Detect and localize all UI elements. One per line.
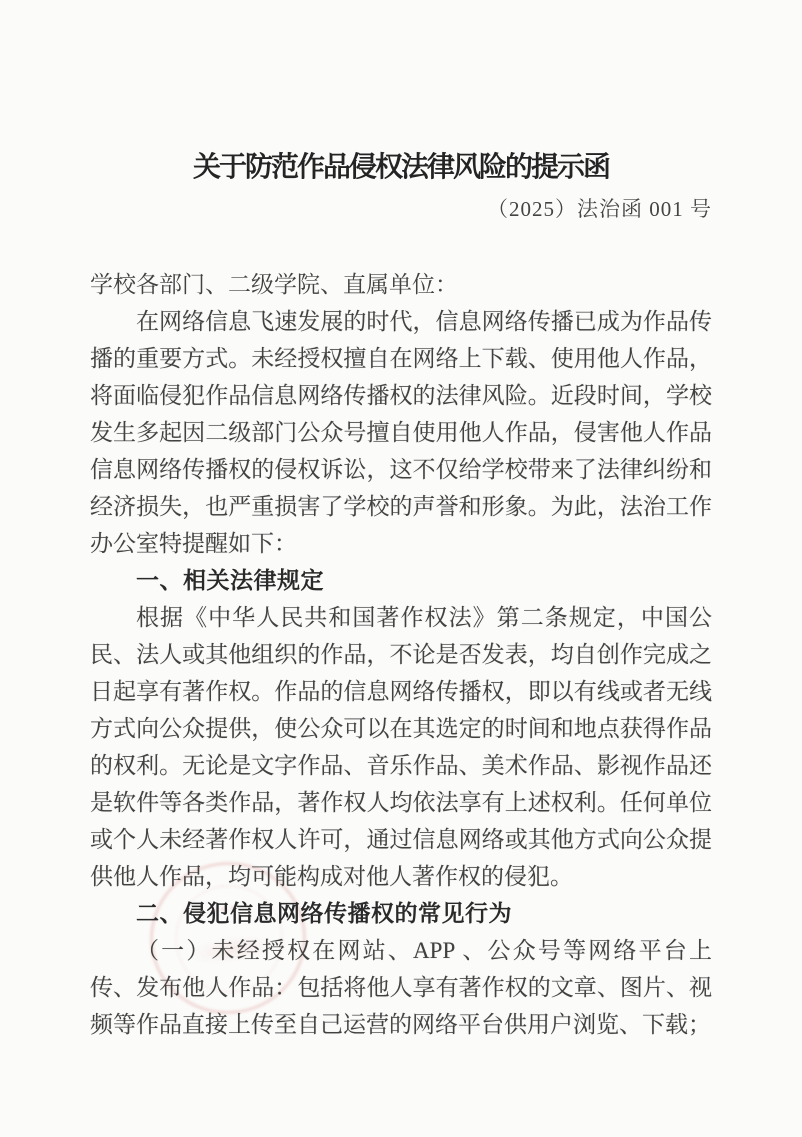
- document-number: （2025）法治函 001 号: [90, 192, 712, 226]
- section-heading-legal-provisions: 一、相关法律规定: [90, 562, 712, 599]
- document-content: 关于防范作品侵权法律风险的提示函 （2025）法治函 001 号 学校各部门、二…: [0, 0, 802, 1043]
- paragraph-infringement-item-1: （一）未经授权在网站、APP 、公众号等网络平台上传、发布他人作品：包括将他人享…: [90, 932, 712, 1043]
- paragraph-introduction: 在网络信息飞速发展的时代，信息网络传播已成为作品传播的重要方式。未经授权擅自在网…: [90, 303, 712, 562]
- scanned-document-page: ●●● 关于防范作品侵权法律风险的提示函 （2025）法治函 001 号 学校各…: [0, 0, 802, 1137]
- section-heading-common-infringements: 二、侵犯信息网络传播权的常见行为: [90, 895, 712, 932]
- paragraph-legal-basis: 根据《中华人民共和国著作权法》第二条规定，中国公民、法人或其他组织的作品，不论是…: [90, 599, 712, 895]
- document-title: 关于防范作品侵权法律风险的提示函: [90, 150, 712, 186]
- salutation-line: 学校各部门、二级学院、直属单位：: [90, 266, 712, 303]
